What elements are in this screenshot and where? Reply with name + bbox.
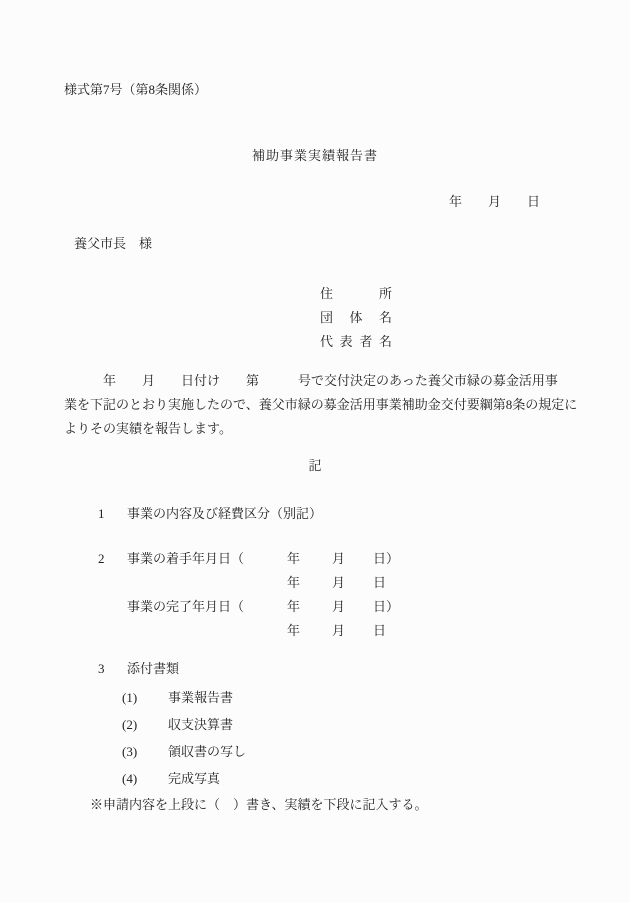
day-label: 日: [373, 571, 566, 595]
form-number: 様式第7号（第8条関係）: [64, 78, 566, 102]
record-marker: 記: [64, 454, 566, 478]
attachment-marker: (1): [122, 684, 168, 711]
complete-date-label: 事業の完了年月日: [127, 595, 231, 619]
day-label: 日: [373, 619, 566, 643]
attachment-text: 事業報告書: [168, 690, 233, 705]
paren-open: [231, 571, 287, 595]
start-date-label: 事業の着手年月日: [127, 547, 231, 571]
list-item: (2)収支決算書: [122, 711, 566, 738]
item-2-row-start-actual: 年 月 日: [98, 571, 566, 595]
paren-open: （: [231, 595, 287, 619]
body-line: 年 月 日付け 第 号で交付決定のあった養父市緑の募金活用事: [64, 369, 566, 393]
paren-open: [231, 619, 287, 643]
attachments-list: (1)事業報告書 (2)収支決算書 (3)領収書の写し (4)完成写真: [122, 684, 566, 792]
blank-label: [127, 571, 231, 595]
attachment-marker: (2): [122, 711, 168, 738]
paren-open: （: [231, 547, 287, 571]
year-label: 年: [287, 595, 332, 619]
item-2-number: 2: [98, 547, 127, 571]
item-2-number: [98, 595, 127, 619]
item-3-number: 3: [98, 657, 127, 681]
day-label: 日）: [373, 595, 566, 619]
list-item: (3)領収書の写し: [122, 738, 566, 765]
year-label: 年: [287, 619, 332, 643]
address-label: 住所: [320, 282, 392, 306]
body-line: よりその実績を報告します。: [64, 417, 566, 441]
attachment-marker: (4): [122, 765, 168, 792]
representative-label: 代表者名: [320, 330, 392, 354]
item-2-number: [98, 619, 127, 643]
item-2: 2 事業の着手年月日 （ 年 月 日） 年 月 日 事業の完了年月日 （ 年 月…: [98, 547, 566, 643]
body-paragraph: 年 月 日付け 第 号で交付決定のあった養父市緑の募金活用事 業を下記のとおり実…: [64, 369, 566, 441]
item-2-row-complete-actual: 年 月 日: [98, 619, 566, 643]
item-1-text: 事業の内容及び経費区分（別記）: [127, 506, 322, 521]
attachment-text: 完成写真: [168, 771, 220, 786]
item-1-number: 1: [98, 502, 127, 526]
month-label: 月: [332, 571, 373, 595]
date-placeholder: 年 月 日: [64, 190, 540, 214]
month-label: 月: [332, 595, 373, 619]
item-2-number: [98, 571, 127, 595]
year-label: 年: [287, 547, 332, 571]
document-page: 様式第7号（第8条関係） 補助事業実績報告書 年 月 日 養父市長 様 住所 団…: [0, 0, 630, 903]
year-label: 年: [287, 571, 332, 595]
blank-label: [127, 619, 231, 643]
day-label: 日）: [373, 547, 566, 571]
attachment-text: 収支決算書: [168, 717, 233, 732]
item-1: 1事業の内容及び経費区分（別記）: [98, 502, 566, 526]
month-label: 月: [332, 547, 373, 571]
item-3-header: 3添付書類: [98, 657, 566, 681]
item-2-row-complete-planned: 事業の完了年月日 （ 年 月 日）: [98, 595, 566, 619]
list-item: (1)事業報告書: [122, 684, 566, 711]
body-line: 業を下記のとおり実施したので、養父市緑の募金活用事業補助金交付要綱第8条の規定に: [64, 393, 566, 417]
attachment-text: 領収書の写し: [168, 744, 246, 759]
footnote: ※申請内容を上段に（ ）書き、実績を下段に記入する。: [90, 793, 566, 817]
signer-block: 住所 団体名 代表者名: [320, 282, 392, 354]
page-title: 補助事業実績報告書: [64, 144, 566, 168]
item-3-text: 添付書類: [127, 661, 179, 676]
recipient-line: 養父市長 様: [74, 232, 566, 256]
month-label: 月: [332, 619, 373, 643]
list-item: (4)完成写真: [122, 765, 566, 792]
organization-label: 団体名: [320, 306, 392, 330]
item-2-row-start-planned: 2 事業の着手年月日 （ 年 月 日）: [98, 547, 566, 571]
attachment-marker: (3): [122, 738, 168, 765]
